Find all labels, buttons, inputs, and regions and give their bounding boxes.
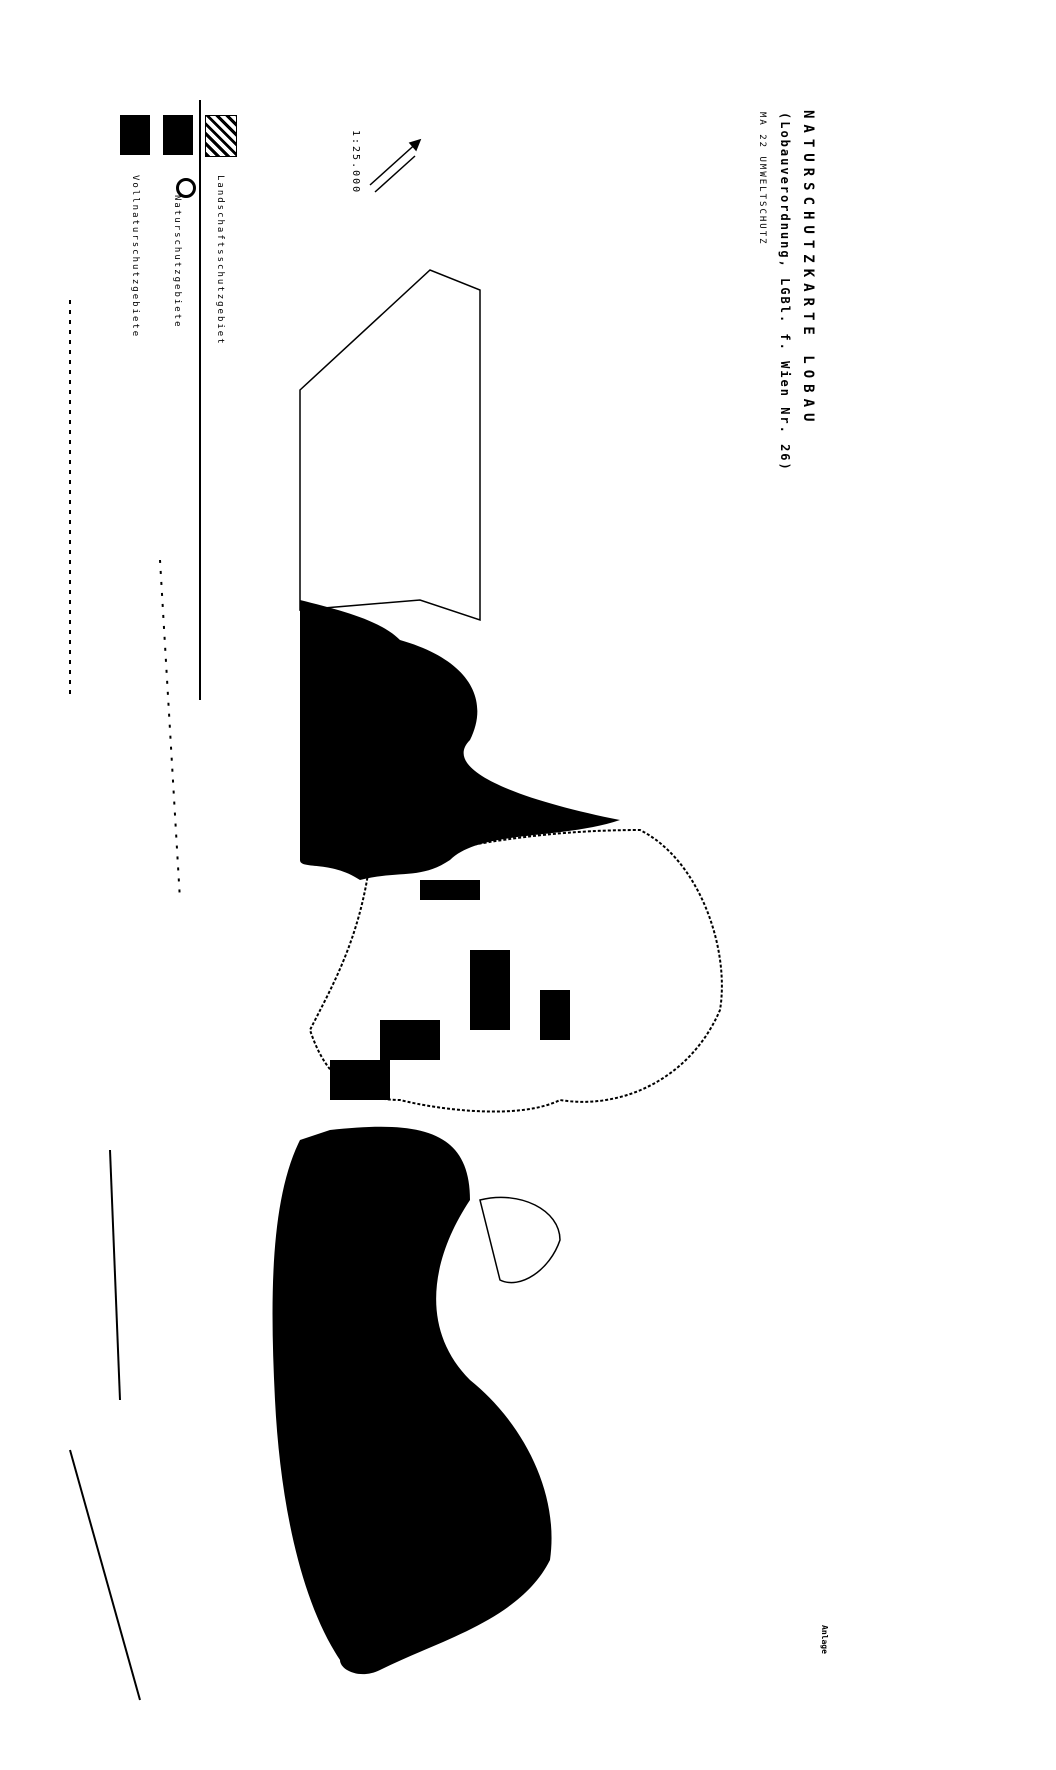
map-title: NATURSCHUTZKARTE LOBAU	[800, 110, 816, 427]
nature-reserve-lower	[273, 1127, 552, 1674]
map-subtitle: (Lobauverordnung, LGBl. f. Wien Nr. 26)	[778, 112, 792, 472]
legend-label-landscape: Landschaftsschutzgebiet	[215, 175, 225, 346]
legend-swatch-full-nature	[120, 115, 150, 155]
annex-label: Anlage	[820, 1625, 829, 1654]
landscape-protection-outline	[300, 270, 480, 620]
department-label: MA 22 UMWELTSCHUTZ	[757, 112, 767, 246]
legend-label-full-nature: Vollnaturschutzgebiete	[130, 175, 140, 338]
legend-swatch-landscape	[205, 115, 237, 157]
scale-label: 1:25.000	[350, 130, 361, 194]
legend-swatch-nature	[163, 115, 193, 155]
nature-reserve-upper	[300, 600, 620, 880]
legend-label-nature: Naturschutzgebiete	[172, 195, 182, 329]
small-landscape-area	[480, 1197, 560, 1282]
road-lines	[70, 100, 200, 1700]
legend-circle-icon	[176, 178, 196, 198]
lobau-map	[0, 0, 1056, 1770]
north-arrow-icon	[370, 140, 420, 192]
central-texture	[330, 880, 570, 1100]
